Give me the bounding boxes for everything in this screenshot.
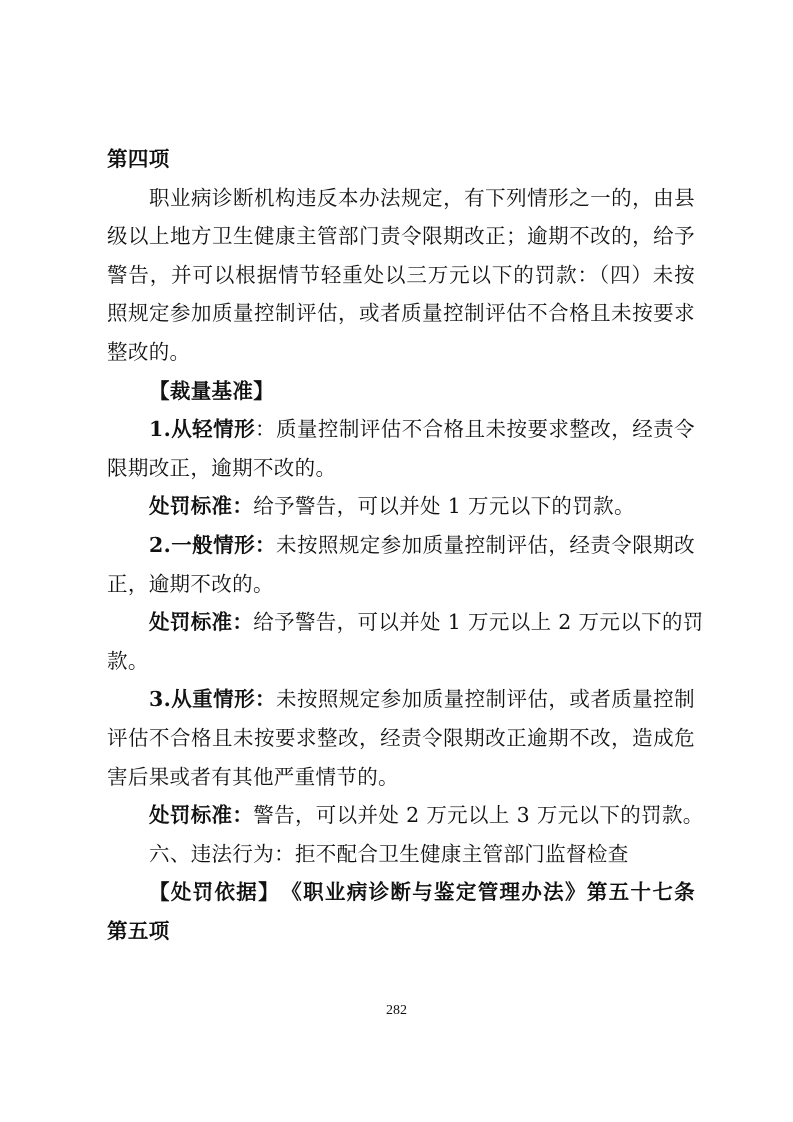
paragraph-line: 款。 [107,642,695,681]
body-text: 害后果或者有其他严重情节的。 [107,765,399,789]
lenient-case-line: 1.从轻情形：质量控制评估不合格且未按要求整改，经责令 [107,410,695,449]
body-text: 给予警告，可以并处 1 万元以上 2 万元以下的罚 [253,610,703,634]
paragraph-line: 限期改正，逾期不改的。 [107,449,695,488]
body-text: 警告，并可以根据情节轻重处以三万元以下的罚款：（四）未按 [107,263,695,287]
penalty-basis-continuation: 第五项 [107,912,695,951]
heading-text: 【裁量基准】 [149,379,274,403]
body-text: 整改的。 [107,340,190,364]
body-text: ：质量控制评估不合格且未按要求整改，经责令 [255,417,695,441]
paragraph-line: 害后果或者有其他严重情节的。 [107,758,695,797]
penalty-standard-line: 处罚标准：给予警告，可以并处 1 万元以下的罚款。 [107,487,695,526]
severe-case-line: 3.从重情形：未按照规定参加质量控制评估，或者质量控制 [107,680,695,719]
paragraph-line: 职业病诊断机构违反本办法规定，有下列情形之一的，由县 [107,179,695,218]
document-body: 第四项 职业病诊断机构违反本办法规定，有下列情形之一的，由县 级以上地方卫生健康… [107,140,695,950]
label-text: 2.一般情形： [149,533,276,557]
body-text: 款。 [107,649,149,673]
paragraph-line: 警告，并可以根据情节轻重处以三万元以下的罚款：（四）未按 [107,256,695,295]
body-text: 未按照规定参加质量控制评估，经责令限期改 [276,533,695,557]
body-text: 六、违法行为：拒不配合卫生健康主管部门监督检查 [149,842,629,866]
label-text: 3.从重情形： [149,687,276,711]
label-text: 处罚标准： [149,803,253,827]
body-text: 警告，可以并处 2 万元以上 3 万元以下的罚款。 [253,803,703,827]
label-text: 【处罚依据】 《职业病诊断与鉴定管理办法》第五十七条 [149,880,695,904]
body-text: 正，逾期不改的。 [107,572,274,596]
label-text: 第五项 [107,919,170,943]
body-text: 照规定参加质量控制评估，或者质量控制评估不合格且未按要求 [107,301,695,325]
body-text: 给予警告，可以并处 1 万元以下的罚款。 [253,494,635,518]
heading-text: 第四项 [107,147,170,171]
paragraph-line: 照规定参加质量控制评估，或者质量控制评估不合格且未按要求 [107,294,695,333]
label-text: 处罚标准： [149,610,253,634]
body-text: 评估不合格且未按要求整改，经责令限期改正逾期不改，造成危 [107,726,695,750]
paragraph-line: 整改的。 [107,333,695,372]
violation-heading: 六、违法行为：拒不配合卫生健康主管部门监督检查 [107,835,695,874]
penalty-basis-line: 【处罚依据】 《职业病诊断与鉴定管理办法》第五十七条 [107,873,695,912]
body-text: 级以上地方卫生健康主管部门责令限期改正；逾期不改的，给予 [107,224,695,248]
clause-heading: 第四项 [107,140,695,179]
general-case-line: 2.一般情形：未按照规定参加质量控制评估，经责令限期改 [107,526,695,565]
paragraph-line: 正，逾期不改的。 [107,565,695,604]
body-text: 未按照规定参加质量控制评估，或者质量控制 [276,687,695,711]
page-number: 282 [0,1003,793,1019]
body-text: 限期改正，逾期不改的。 [107,456,336,480]
paragraph-line: 评估不合格且未按要求整改，经责令限期改正逾期不改，造成危 [107,719,695,758]
penalty-standard-line: 处罚标准：警告，可以并处 2 万元以上 3 万元以下的罚款。 [107,796,695,835]
label-text: 处罚标准： [149,494,253,518]
body-text: 职业病诊断机构违反本办法规定，有下列情形之一的，由县 [149,186,695,210]
label-text: 1.从轻情形 [149,417,255,441]
paragraph-line: 级以上地方卫生健康主管部门责令限期改正；逾期不改的，给予 [107,217,695,256]
section-heading-discretion: 【裁量基准】 [107,372,695,411]
penalty-standard-line: 处罚标准：给予警告，可以并处 1 万元以上 2 万元以下的罚 [107,603,695,642]
